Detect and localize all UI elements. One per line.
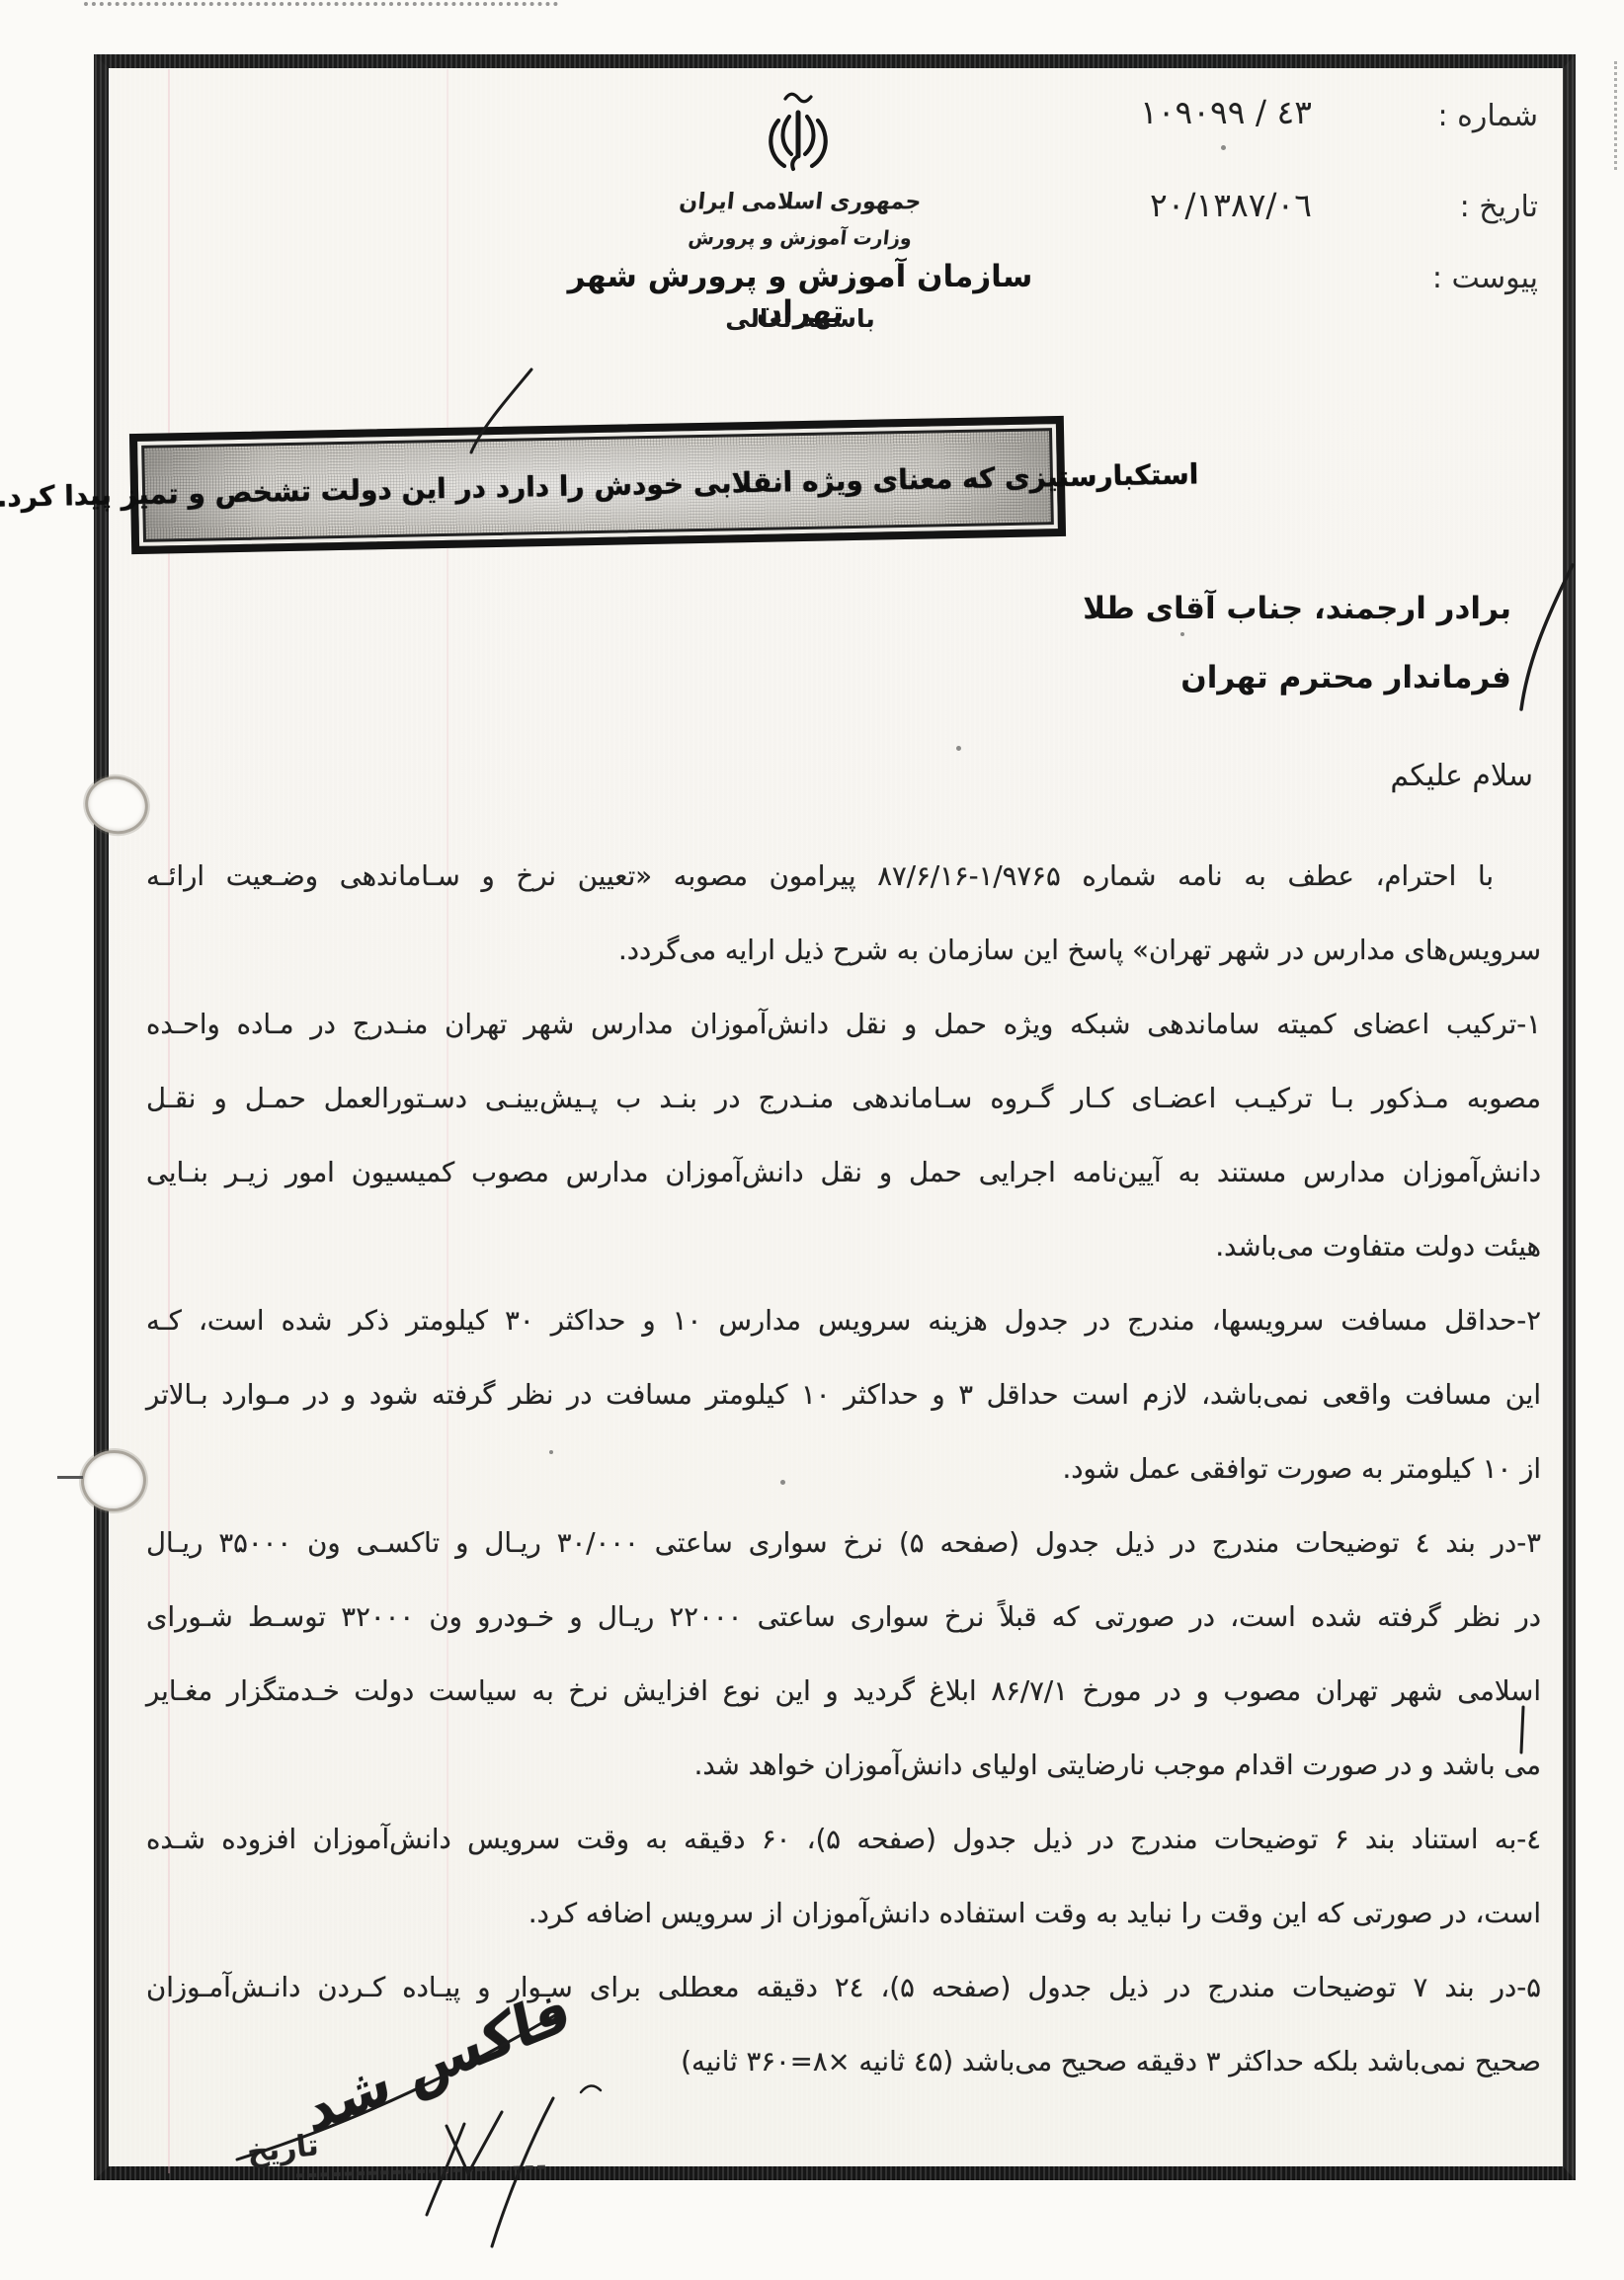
scan-speck	[1180, 632, 1184, 636]
body-lines: با احترام، عطف به نامه شماره ۱/۹۷۶۵-۸۷/۶…	[146, 840, 1541, 2099]
body-line: دانش‌آموزان مدارس مستند به آیین‌نامه اجر…	[146, 1136, 1541, 1210]
letter-attachment-label: پیوست :	[1432, 261, 1538, 295]
body-line: سرویس‌های مدارس در شهر تهران» پاسخ این س…	[146, 914, 1541, 988]
scan-speck	[956, 746, 961, 751]
letter-date-value: ۱۳۸۷/۰٦/۲۰	[1015, 186, 1312, 224]
body-line: ۱-ترکیب اعضای کمیته ساماندهی شبکه ویژه ح…	[146, 988, 1541, 1062]
scan-artifact-top-dots	[84, 2, 558, 6]
body-line: ۵-در بند ۷ توضیحات مندرج در ذیل جدول (صف…	[146, 1951, 1541, 2025]
body-line: ۳-در بند ٤ توضیحات مندرج در ذیل جدول (صف…	[146, 1506, 1541, 1581]
body-line: است، در صورتی که این وقت را نباید به وقت…	[146, 1877, 1541, 1951]
letter-date-label: تاریخ :	[1460, 190, 1538, 224]
body-line: مصوبه مـذکور بـا ترکیـب اعضـای کـار گـرو…	[146, 1062, 1541, 1136]
scan-speck	[1221, 145, 1226, 150]
body-line: با احترام، عطف به نامه شماره ۱/۹۷۶۵-۸۷/۶…	[146, 840, 1541, 914]
body-line: ۲-حداقل مسافت سرویسها، مندرج در جدول هزی…	[146, 1284, 1541, 1358]
body-line: در نظر گرفته شده است، در صورتی که قبلاً …	[146, 1581, 1541, 1655]
body-line: ٤-به استناد بند ۶ توضیحات مندرج در ذیل ج…	[146, 1803, 1541, 1877]
iri-allah-emblem-icon	[759, 87, 838, 194]
slogan-banner: استکبارستیزی که معنای ویژه انقلابی خودش …	[129, 416, 1066, 554]
body-line: می باشد و در صورت اقدام موجب نارضایتی او…	[146, 1729, 1541, 1803]
slogan-banner-text: استکبارستیزی که معنای ویژه انقلابی خودش …	[0, 457, 1199, 513]
scan-artifact-side-dots	[1614, 61, 1617, 170]
letter-number-label: شماره :	[1438, 99, 1538, 133]
letter-number-value: ٤٣ / ۱۰۹۰۹۹	[1015, 93, 1312, 131]
punch-hole-pen-tick	[57, 1476, 83, 1479]
addressee-name-line: برادر ارجمند، جناب آقای طلا	[1083, 591, 1511, 626]
besmeleh-line: باسمه تعالی	[647, 304, 953, 333]
body-line: هیئت دولت متفاوت می‌باشد.	[146, 1210, 1541, 1284]
body-line: از ۱۰ کیلومتر به صورت توافقی عمل شود.	[146, 1432, 1541, 1506]
ministry-calligraphy-line: وزارت آموزش و پرورش	[656, 227, 944, 250]
salutation-line: سلام علیکم	[1390, 759, 1533, 793]
scanned-letter-page: شماره : ٤٣ / ۱۰۹۰۹۹ تاریخ : ۱۳۸۷/۰٦/۲۰ پ…	[0, 0, 1624, 2280]
body-line: این مسافت واقعی نمی‌باشد، لازم است حداقل…	[146, 1358, 1541, 1432]
republic-calligraphy-line: جمهوری اسلامی ایران	[646, 190, 955, 215]
addressee-title-line: فرماندار محترم تهران	[1180, 660, 1511, 695]
body-line: اسلامی شهر تهران مصوب و در مورخ ۸۶/۷/۱ ا…	[146, 1655, 1541, 1729]
